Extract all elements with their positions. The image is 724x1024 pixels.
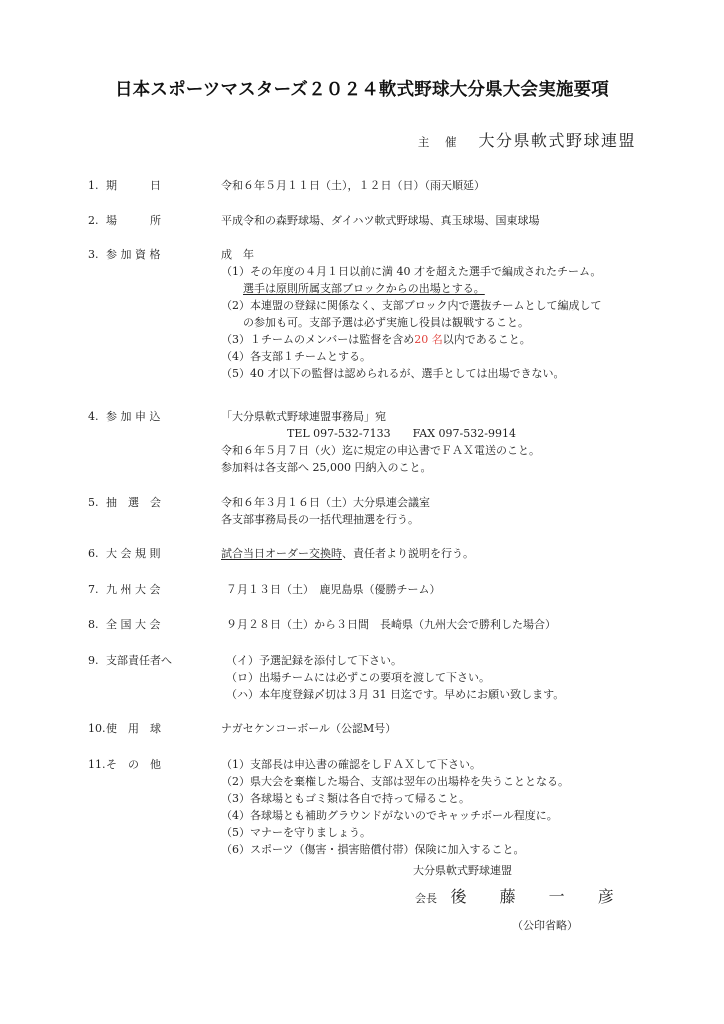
section-number: 1. xyxy=(88,177,99,194)
section-label: 九 州 大 会 xyxy=(106,581,161,598)
list-item: （5）マナーを守りましょう。 xyxy=(221,824,569,841)
section-number: 5. xyxy=(88,494,99,511)
entry-fee: 参加料は各支部へ 25,000 円納入のこと。 xyxy=(221,459,540,476)
host-label: 主 催 xyxy=(418,134,463,150)
list-item: （ハ）本年度登録〆切は３月 31 日迄です。早めにお願い致します。 xyxy=(226,686,564,703)
section-label: 期 日 xyxy=(106,177,161,194)
section-number: 3. xyxy=(88,246,99,263)
section-text: 令和６年５月１１日（土），１２日（日）（雨天順延） xyxy=(221,177,485,194)
section-number: 8. xyxy=(88,616,99,633)
eligibility-item-3-tail: 以内であること。 xyxy=(443,333,531,346)
eligibility-item-5: （5）40 才以下の監督は認められるが、選手としては出場できない。 xyxy=(221,365,602,382)
list-item: （ロ）出場チームには必ずこの要項を渡して下さい。 xyxy=(226,669,564,686)
section-label: 場 所 xyxy=(106,212,161,229)
eligibility-item-3-text: （3）１チームのメンバーは監督を含め xyxy=(221,333,414,346)
section-label: そ の 他 xyxy=(106,756,161,773)
signature-role: 会長 xyxy=(415,892,437,905)
section-label: 使 用 球 xyxy=(106,720,161,737)
section-text: 各支部事務局長の一括代理抽選を行う。 xyxy=(221,511,430,528)
host-line: 主 催 大分県軟式野球連盟 xyxy=(418,128,636,151)
list-item: （イ）予選記録を添付して下さい。 xyxy=(226,652,564,669)
list-item: （4）各球場とも補助グラウンドがないのでキャッチボール程度に。 xyxy=(221,807,569,824)
section-number: 4. xyxy=(88,408,99,425)
signature-block: 会長 後 藤 一 彦 xyxy=(415,884,628,907)
section-number: 9. xyxy=(88,652,99,669)
eligibility-item-1-note: 選手は原則所属支部ブロックからの出場とする。 xyxy=(221,280,602,297)
contact-numbers: TEL 097-532-7133 FAX 097-532-9914 xyxy=(221,425,540,442)
signature-name: 後 藤 一 彦 xyxy=(451,887,628,906)
section-text: ナガセケンコーボール（公認M号） xyxy=(221,720,396,737)
section-number: 6. xyxy=(88,545,99,562)
section-label: 全 国 大 会 xyxy=(106,616,161,633)
section-text: 平成令和の森野球場、ダイハツ軟式野球場、真玉球場、国東球場 xyxy=(221,212,540,229)
section-text: 試合当日オーダー交換時、責任者より説明を行う。 xyxy=(221,545,474,562)
section-text: ９月２８日（土）から３日間 長崎県（九州大会で勝利した場合） xyxy=(226,616,556,633)
list-item: （6）スポーツ（傷害・損害賠償付帯）保険に加入すること。 xyxy=(221,841,569,858)
signature-organization: 大分県軟式野球連盟 xyxy=(413,862,512,878)
list-item: （2）県大会を棄権した場合、支部は翌年の出場枠を失うこととなる。 xyxy=(221,773,569,790)
host-organization: 大分県軟式野球連盟 xyxy=(478,128,636,151)
section-number: 10. xyxy=(88,720,106,737)
application-deadline: 令和６年５月７日（火）迄に規定の申込書でＦＡＸ電送のこと。 xyxy=(221,442,540,459)
section-label: 大 会 規 則 xyxy=(106,545,161,562)
section-number: 11. xyxy=(88,756,106,773)
section-label: 抽 選 会 xyxy=(106,494,161,511)
section-text: 成 年 xyxy=(221,246,602,263)
section-label: 参 加 申 込 xyxy=(106,408,161,425)
eligibility-item-3: （3）１チームのメンバーは監督を含め20 名以内であること。 xyxy=(221,331,602,348)
list-item: （3）各球場ともゴミ類は各自で持って帰ること。 xyxy=(221,790,569,807)
application-recipient: 「大分県軟式野球連盟事務局」宛 xyxy=(221,408,540,425)
section-text: ７月１３日（土） 鹿児島県（優勝チーム） xyxy=(226,581,441,598)
section-number: 2. xyxy=(88,212,99,229)
section-text-tail: 、責任者より説明を行う。 xyxy=(342,547,474,560)
list-item: （1）支部長は申込書の確認をしＦＡＸして下さい。 xyxy=(221,756,569,773)
seal-omitted-note: （公印省略） xyxy=(512,917,578,933)
section-number: 7. xyxy=(88,581,99,598)
underlined-text: 選手は原則所属支部ブロックからの出場とする。 xyxy=(243,282,485,295)
eligibility-item-2: （2）本連盟の登録に関係なく、支部ブロック内で選抜チームとして編成して xyxy=(221,297,602,314)
eligibility-item-2-cont: の参加も可。支部予選は必ず実施し役員は観戦すること。 xyxy=(221,314,602,331)
eligibility-item-4: （4）各支部１チームとする。 xyxy=(221,348,602,365)
section-label: 参 加 資 格 xyxy=(106,246,161,263)
page-title: 日本スポーツマスターズ２０２４軟式野球大分県大会実施要項 xyxy=(0,76,724,101)
member-limit-highlight: 20 名 xyxy=(414,333,443,346)
eligibility-item-1: （1）その年度の４月１日以前に満 40 才を超えた選手で編成されたチーム。 xyxy=(221,263,602,280)
section-text: 令和６年３月１６日（土）大分県連会議室 xyxy=(221,494,430,511)
section-label: 支部責任者へ xyxy=(106,652,172,669)
underlined-text: 試合当日オーダー交換時 xyxy=(221,547,342,560)
